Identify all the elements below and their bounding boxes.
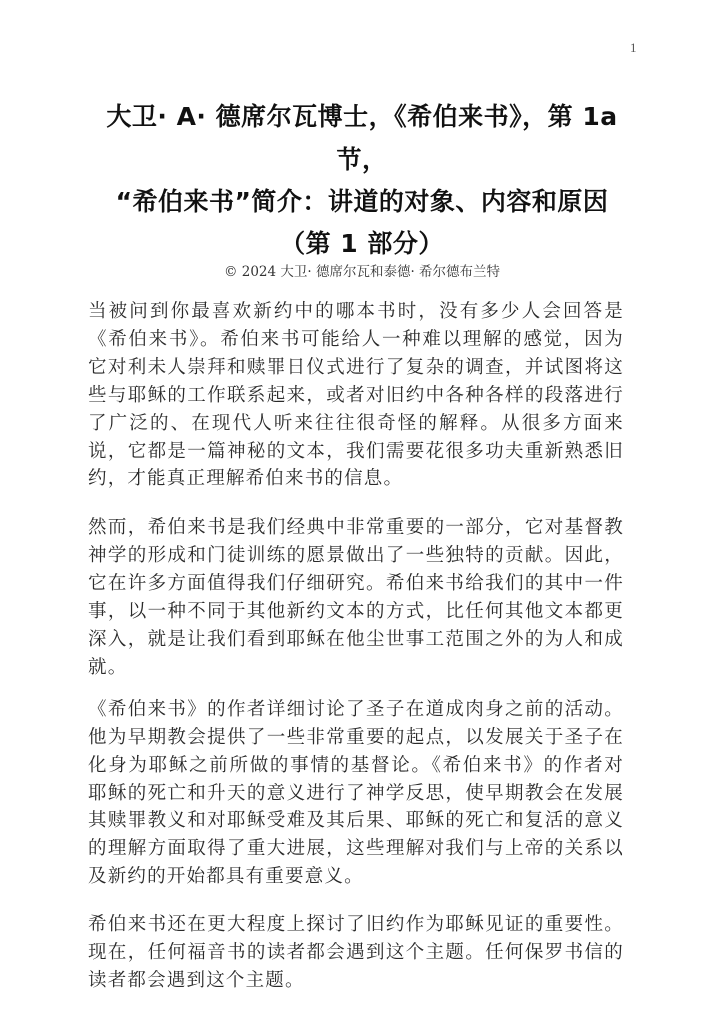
copyright-notice: © 2024 大卫· 德席尔瓦和泰德· 希尔德布兰特	[60, 260, 664, 280]
paragraph-3: 《希伯来书》的作者详细讨论了圣子在道成肉身之前的活动。他为早期教会提供了一些非常…	[88, 696, 624, 891]
paragraph-4: 希伯来书还在更大程度上探讨了旧约作为耶稣见证的重要性。现在，任何福音书的读者都会…	[88, 911, 624, 995]
paragraph-2: 然而，希伯来书是我们经典中非常重要的一部分，它对基督教神学的形成和门徒训练的愿景…	[88, 514, 624, 681]
title-line-3: “希伯来书”简介：讲道的对象、内容和原因	[60, 181, 664, 223]
document-title: 大卫· A· 德席尔瓦博士，《希伯来书》，第 1a 节， “希伯来书”简介：讲道…	[60, 95, 664, 265]
page-number: 1	[630, 40, 637, 56]
document-body: 当被问到你最喜欢新约中的哪本书时，没有多少人会回答是《希伯来书》。希伯来书可能给…	[88, 298, 624, 1016]
title-line-1: 大卫· A· 德席尔瓦博士，《希伯来书》，第 1a	[60, 95, 664, 139]
paragraph-1: 当被问到你最喜欢新约中的哪本书时，没有多少人会回答是《希伯来书》。希伯来书可能给…	[88, 298, 624, 493]
title-line-2: 节，	[60, 139, 664, 181]
title-line-4: （第 1 部分）	[60, 223, 664, 265]
